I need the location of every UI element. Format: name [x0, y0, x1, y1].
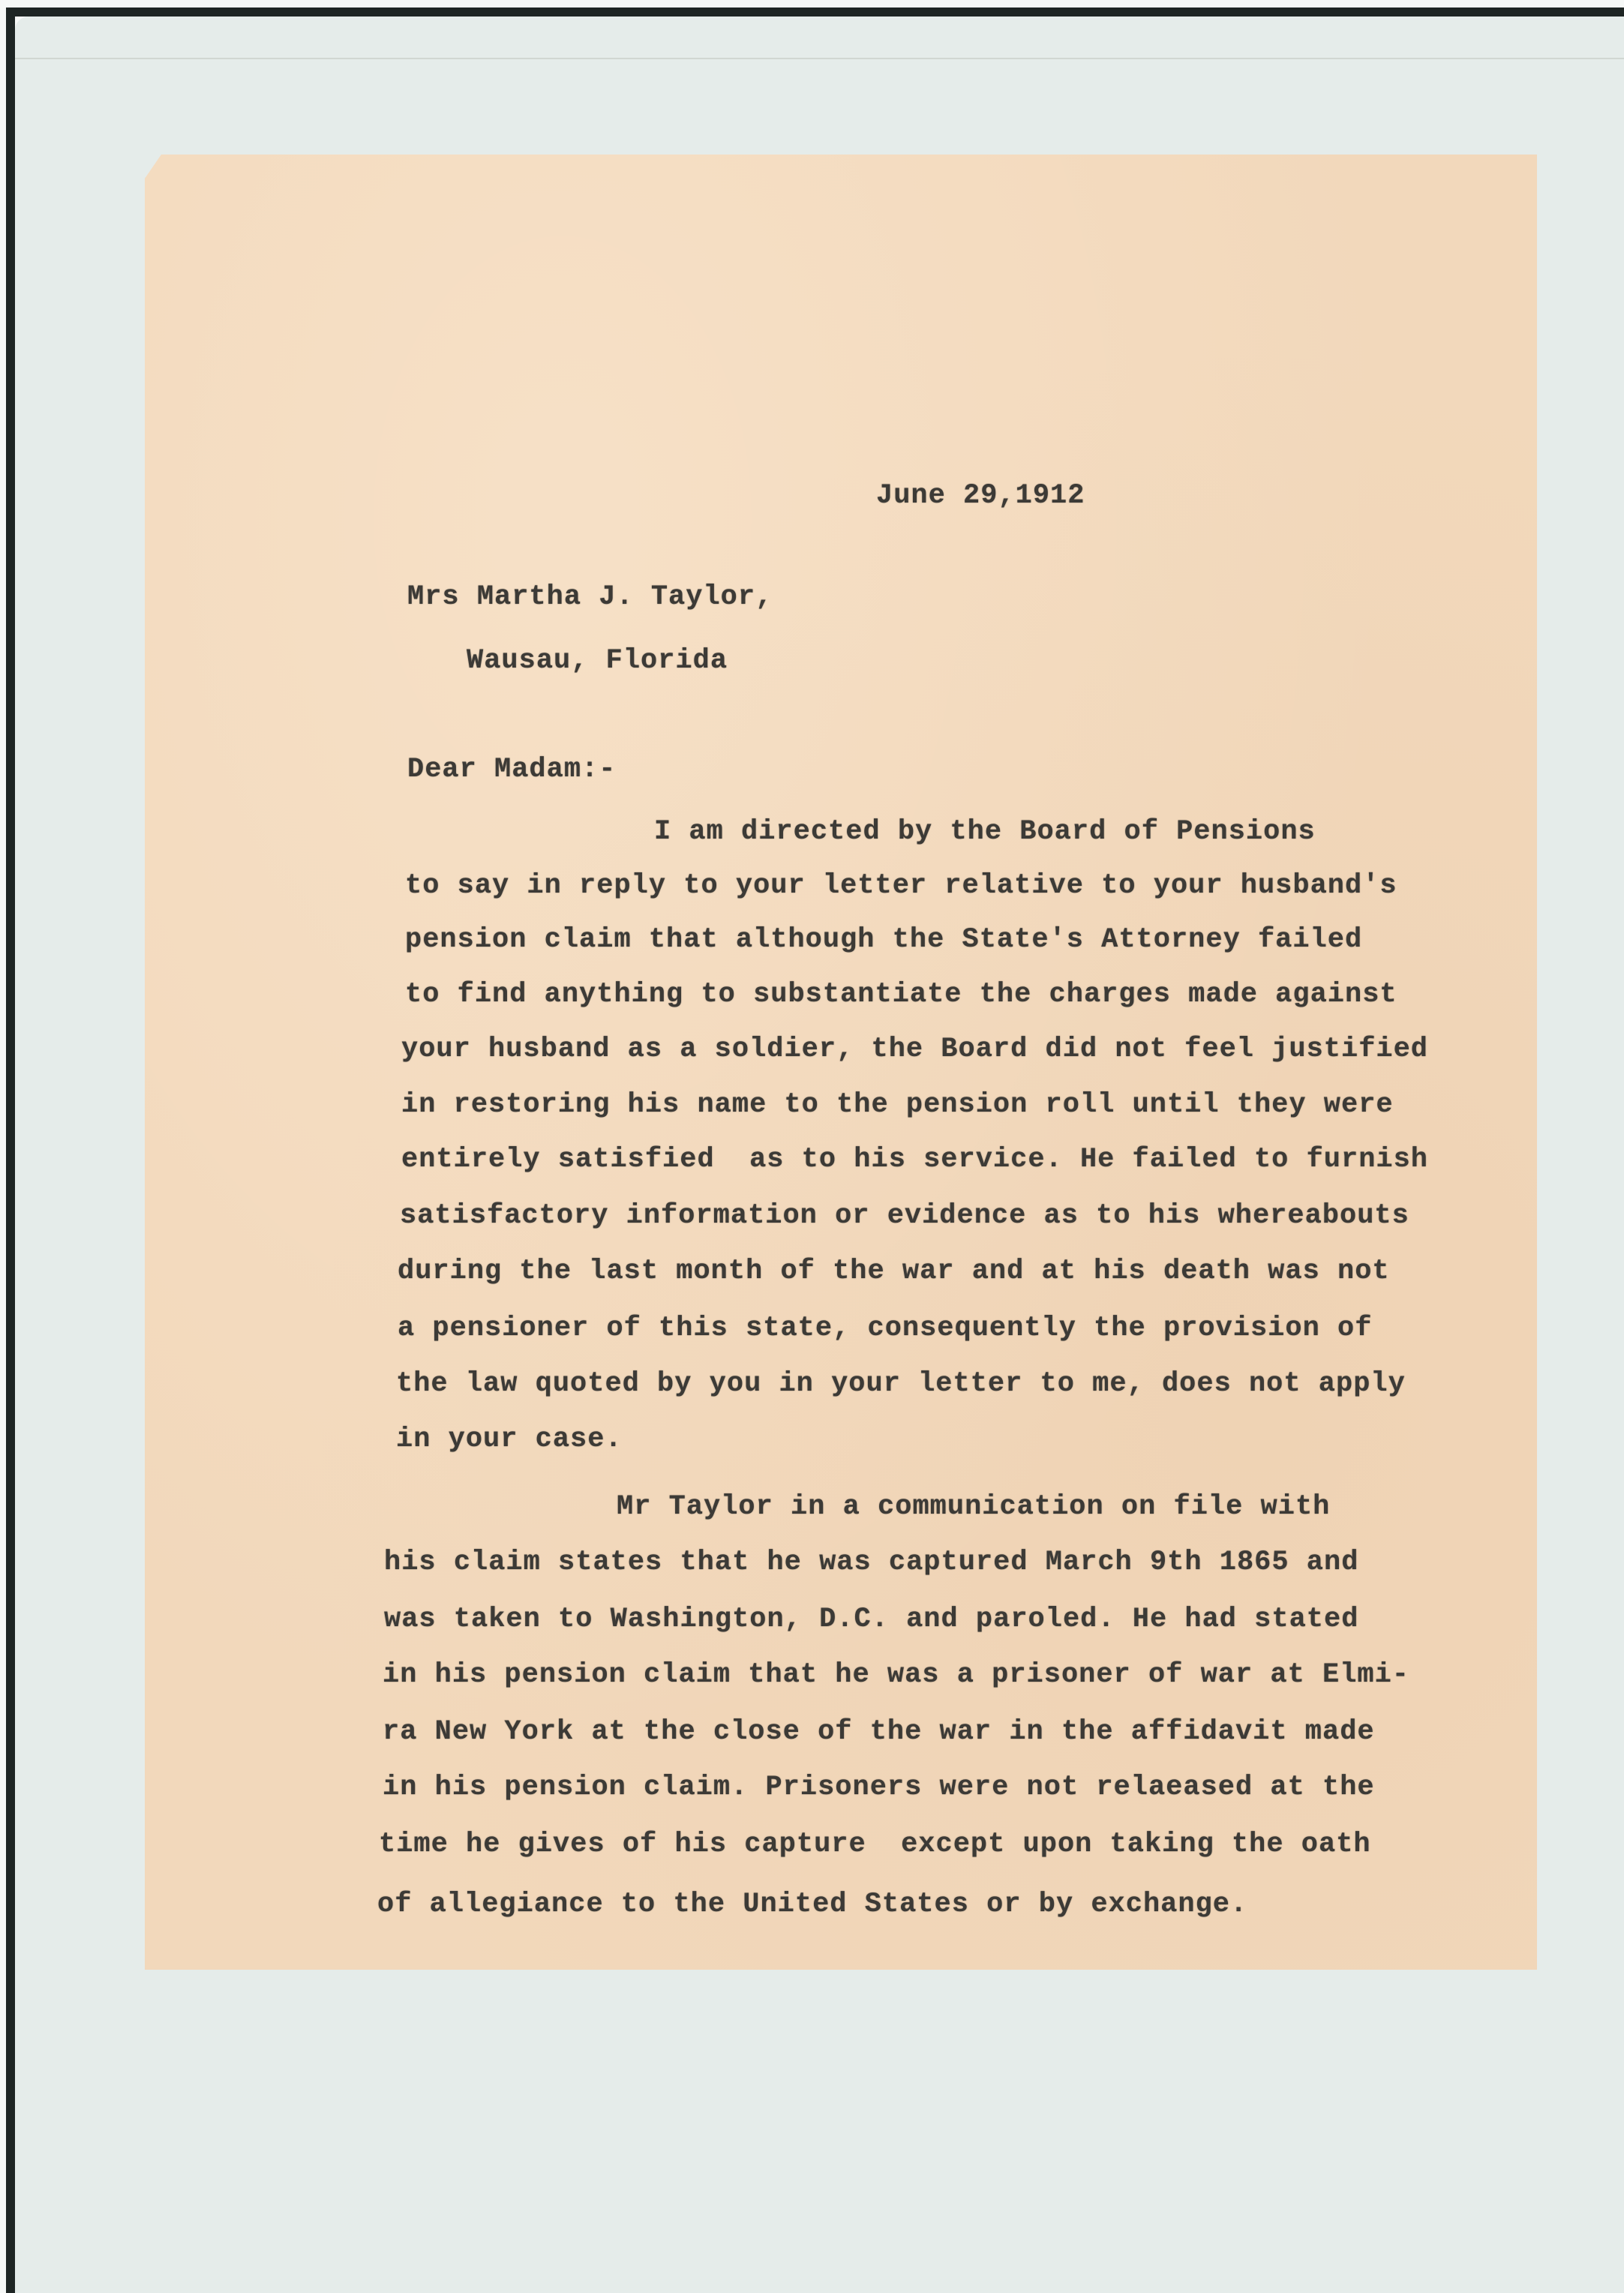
frame-top-border — [6, 8, 1624, 17]
paragraph-line: his claim states that he was captured Ma… — [384, 1547, 1358, 1578]
paragraph-line: in your case. — [396, 1424, 623, 1455]
paragraph-line: to find anything to substantiate the cha… — [405, 979, 1397, 1010]
paragraph-line: was taken to Washington, D.C. and parole… — [384, 1604, 1358, 1635]
paragraph-line: in his pension claim. Prisoners were not… — [383, 1772, 1375, 1803]
paragraph-line: during the last month of the war and at … — [398, 1256, 1390, 1287]
paragraph-line: ra New York at the close of the war in t… — [383, 1716, 1375, 1748]
paragraph-line: Mr Taylor in a communication on file wit… — [617, 1491, 1330, 1523]
scanned-letter: June 29,1912 Mrs Martha J. Taylor, Wausa… — [0, 0, 1624, 2293]
paragraph-line: entirely satisfied as to his service. He… — [401, 1144, 1428, 1175]
recipient-name: Mrs Martha J. Taylor, — [407, 581, 773, 613]
mat-crease-line — [15, 58, 1624, 59]
paragraph-line: of allegiance to the United States or by… — [377, 1889, 1247, 1920]
paragraph-line: satisfactory information or evidence as … — [400, 1200, 1409, 1232]
paragraph-line: the law quoted by you in your letter to … — [396, 1368, 1406, 1400]
paragraph-line: in restoring his name to the pension rol… — [401, 1089, 1394, 1121]
paragraph-line: pension claim that although the State's … — [405, 924, 1362, 956]
paragraph-line: your husband as a soldier, the Board did… — [401, 1034, 1428, 1065]
frame-left-border — [6, 8, 15, 2293]
paragraph-line: in his pension claim that he was a priso… — [383, 1659, 1409, 1691]
recipient-location: Wausau, Florida — [467, 645, 728, 677]
letter-date: June 29,1912 — [876, 480, 1085, 512]
paragraph-line: a pensioner of this state, consequently … — [398, 1313, 1372, 1344]
paragraph-line: to say in reply to your letter relative … — [405, 870, 1397, 902]
paragraph-line: I am directed by the Board of Pensions — [654, 816, 1316, 848]
salutation: Dear Madam:- — [407, 754, 616, 785]
paragraph-line: time he gives of his capture except upon… — [379, 1829, 1371, 1860]
